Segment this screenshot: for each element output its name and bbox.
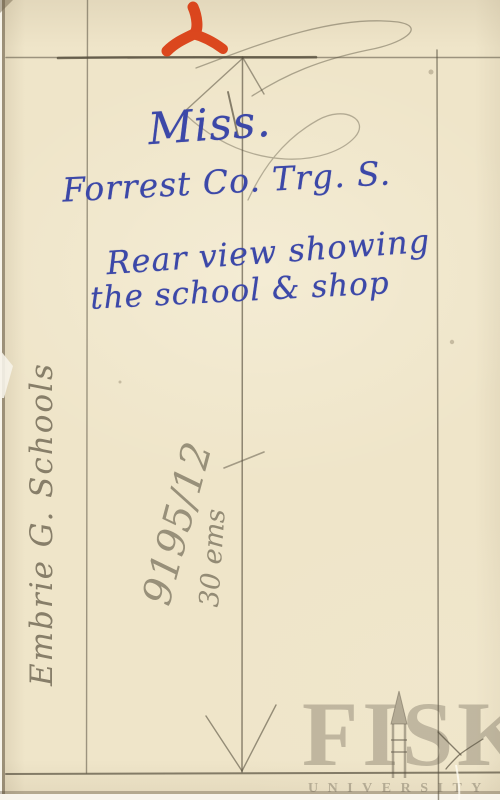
paper-speck <box>429 70 434 75</box>
photo-card-verso: FISK UNIVERSITY <box>0 0 500 800</box>
ink-caption-state: Miss. <box>146 96 273 155</box>
center-arrow-bottom-barb-left <box>206 716 242 771</box>
center-arrow-bottom-barb-right <box>242 705 276 771</box>
paper-speck <box>119 381 122 384</box>
center-arrow-top-barb-right <box>243 58 264 94</box>
frame-left-line <box>87 0 88 773</box>
fisk-watermark-subtitle: UNIVERSITY <box>308 781 491 797</box>
flourish-scribble-upper <box>196 21 411 96</box>
card-corner-chip <box>0 0 13 13</box>
tower-icon <box>377 690 421 782</box>
frame-top-line-dark <box>58 57 316 58</box>
ink-caption-school: Forrest Co. Trg. S. <box>61 153 392 209</box>
pencil-vertical-name: Embrie G. Schools <box>24 286 60 686</box>
paper-speck <box>450 340 454 344</box>
red-crayon-mark <box>167 7 197 51</box>
red-crayon-mark-branch <box>193 34 223 49</box>
card-left-edge-shadow <box>2 0 5 800</box>
